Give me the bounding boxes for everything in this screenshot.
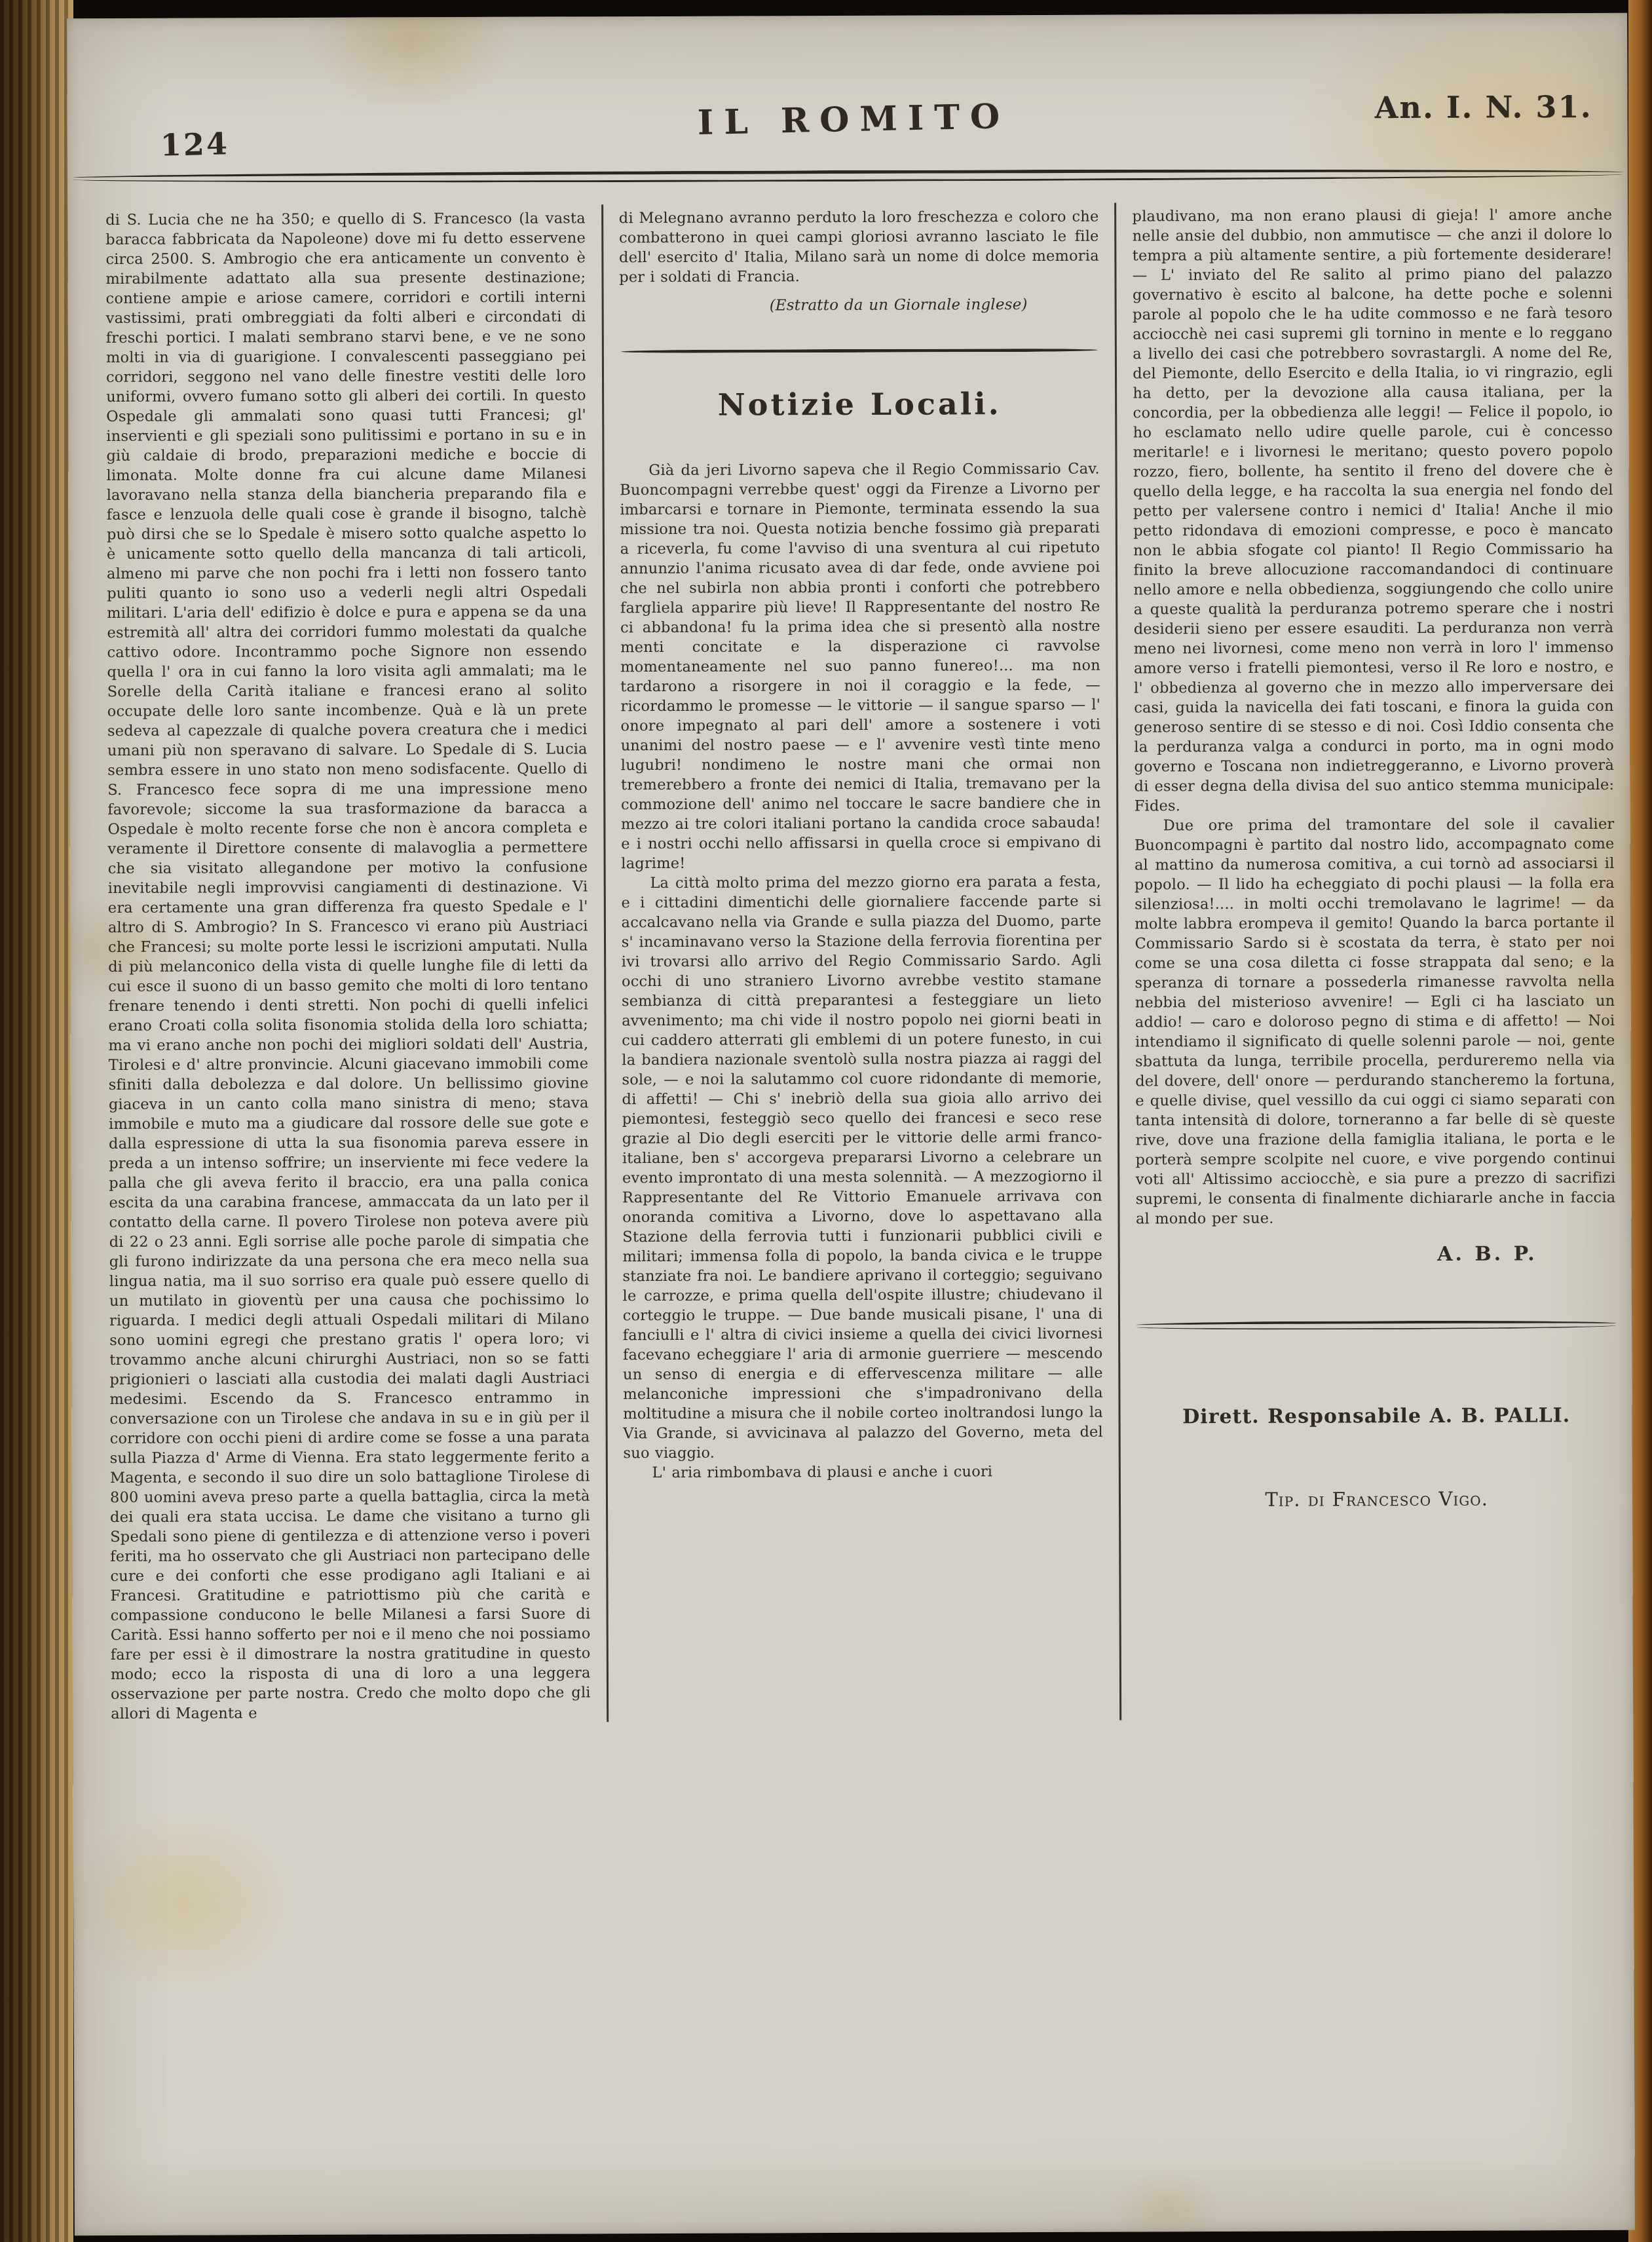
paragraph: Due ore prima del tramontare del sole il…	[1135, 814, 1616, 1229]
imprint-printer-line: Tip. di Francesco Vigo.	[1136, 1489, 1617, 1510]
issue-number: An. I. N. 31.	[1375, 89, 1592, 125]
page-header: 124 IL ROMITO An. I. N. 31.	[109, 97, 1599, 162]
header-double-rule	[73, 168, 1623, 184]
imprint-double-rule	[1136, 1320, 1616, 1331]
paragraph: La città molto prima del mezzo giorno er…	[621, 872, 1103, 1464]
book-page-stack-edge	[0, 0, 73, 2242]
scanned-newspaper-photo: 124 IL ROMITO An. I. N. 31. di S. Lucia …	[0, 0, 1652, 2242]
article-separator-rule	[621, 349, 1098, 354]
column-layout: di S. Lucia che ne ha 350; e quello di S…	[99, 201, 1624, 1724]
author-initials-signature: A. B. P.	[1136, 1244, 1616, 1266]
imprint-director-line: Dirett. Responsabile A. B. PALLI.	[1136, 1406, 1617, 1428]
paragraph: L' aria rimbombava di plausi e anche i c…	[623, 1462, 1103, 1483]
paragraph: plaudivano, ma non erano plausi di gieja…	[1132, 205, 1614, 816]
column-middle: di Melegnano avranno perduto la loro fre…	[601, 203, 1120, 1722]
article-closing-paragraph: di Melegnano avranno perduto la loro fre…	[619, 207, 1099, 288]
paragraph: Già da jeri Livorno sapeva che il Regio …	[620, 459, 1101, 874]
section-heading: Notizie Locali.	[620, 394, 1100, 415]
newspaper-page: 124 IL ROMITO An. I. N. 31. di S. Lucia …	[67, 13, 1635, 2235]
left-column-text: di S. Lucia che ne ha 350; e quello di S…	[105, 208, 591, 1724]
column-left: di S. Lucia che ne ha 350; e quello di S…	[99, 204, 607, 1724]
article-attribution: (Estratto da un Giornale inglese)	[698, 295, 1099, 316]
column-right: plaudivano, ma non erano plausi di gieja…	[1114, 201, 1624, 1720]
